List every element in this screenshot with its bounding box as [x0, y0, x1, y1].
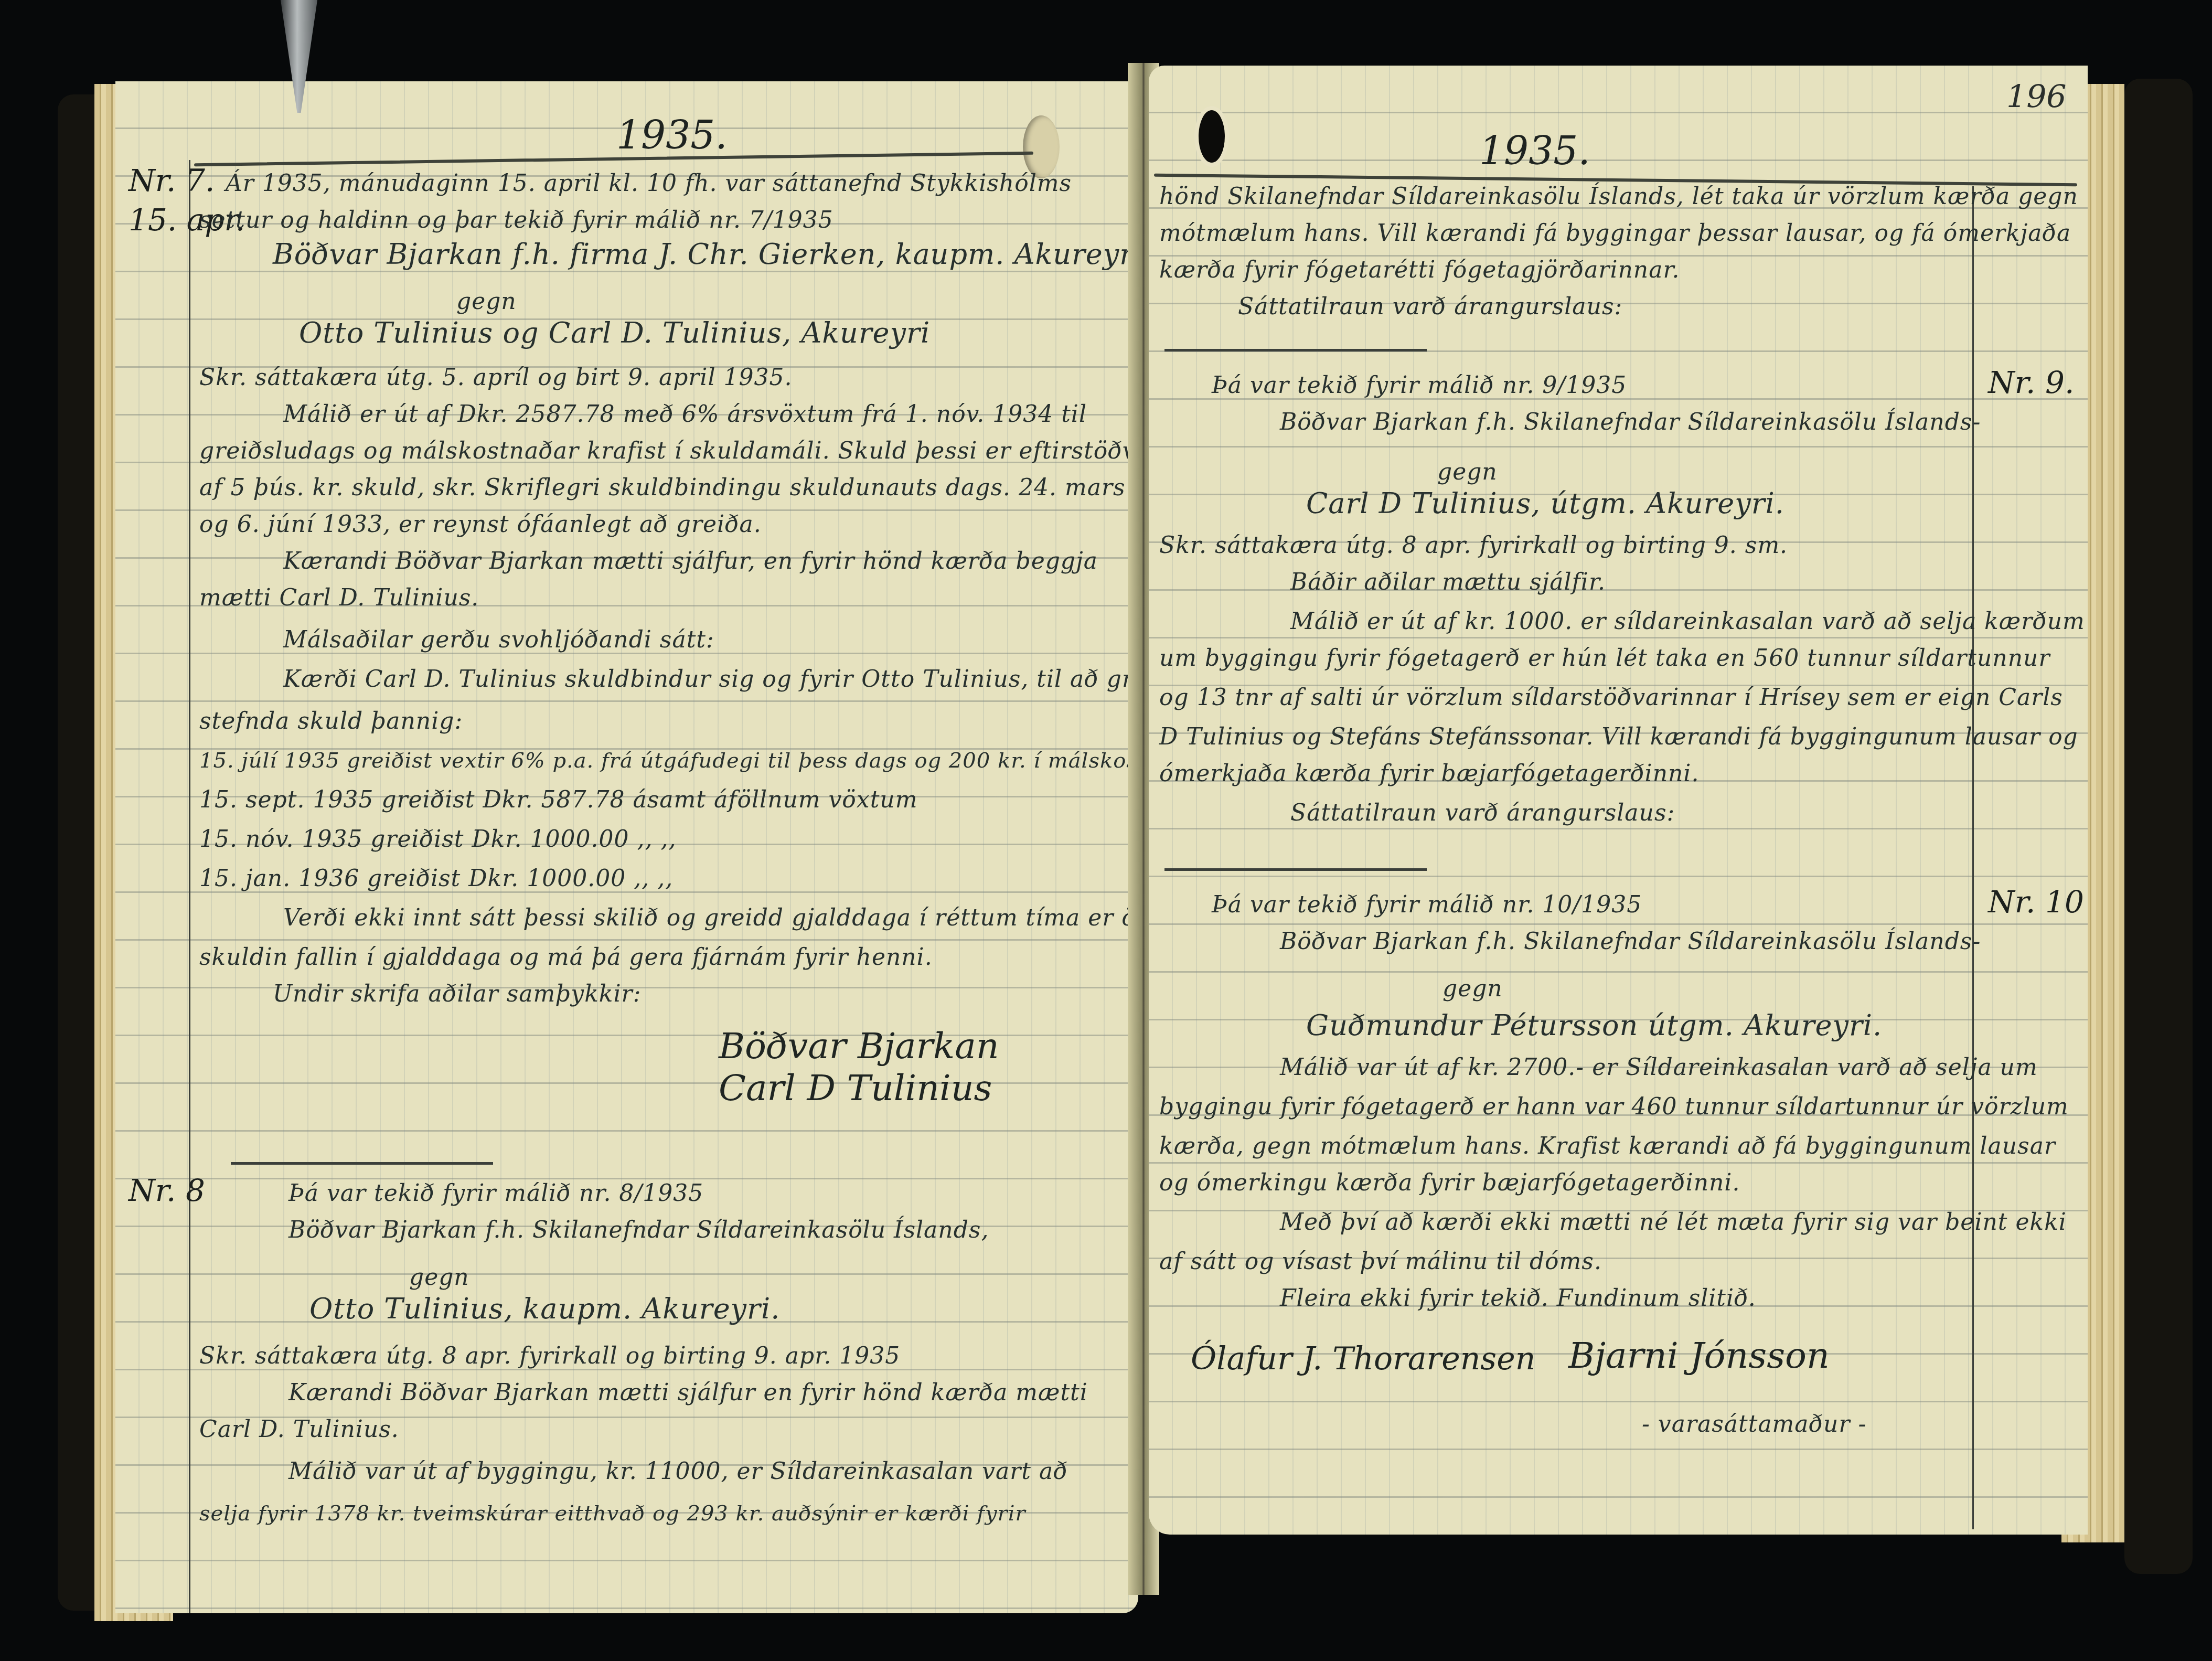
year-header-left: 1935.: [616, 113, 728, 158]
entry-8-body-3: Carl D. Tulinius.: [199, 1414, 399, 1445]
page-number: 196: [2006, 79, 2067, 115]
entry-9-body-4: um byggingu fyrir fógetagerð er hún lét …: [1159, 643, 2050, 674]
entry-7-line-1: Ár 1935, mánudaginn 15. april kl. 10 fh.…: [226, 168, 1072, 199]
binding-hole-right: [1199, 110, 1225, 163]
continuation-line-1: hönd Skilanefndar Síldareinkasölu Ísland…: [1159, 181, 2078, 212]
entry-7-body-9: Kærði Carl D. Tulinius skuldbindur sig o…: [283, 664, 1138, 695]
entry-7-payment-1: 15. júlí 1935 greiðist vextir 6% p.a. fr…: [199, 745, 1138, 776]
entry-7-body-6: Kærandi Böðvar Bjarkan mætti sjálfur, en…: [283, 546, 1098, 577]
separator-dash: [1164, 349, 1427, 352]
entry-8-body-4: Málið var út af byggingu, kr. 11000, er …: [288, 1456, 1068, 1487]
entry-10-body-7: Fleira ekki fyrir tekið. Fundinum slitið…: [1280, 1283, 1756, 1314]
entry-9-body-6: D Tulinius og Stefáns Stefánssonar. Vill…: [1159, 721, 2078, 753]
entry-7-payment-2: 15. sept. 1935 greiðist Dkr. 587.78 ásam…: [199, 784, 917, 816]
entry-8-line-1: Þá var tekið fyrir málið nr. 8/1935: [288, 1178, 703, 1209]
entry-8-defendant: Otto Tulinius, kaupm. Akureyri.: [309, 1293, 780, 1325]
margin-line-left: [189, 160, 190, 1613]
signature-bjarni-jonsson: Bjarni Jónsson: [1568, 1335, 1830, 1377]
entry-10-defendant: Guðmundur Pétursson útgm. Akureyri.: [1306, 1010, 1882, 1041]
entry-10-line-1: Þá var tekið fyrir málið nr. 10/1935: [1212, 889, 1642, 921]
entry-7-body-3: greiðsludags og málskostnaðar krafist í …: [199, 435, 1138, 467]
entry-7-payment-3: 15. nóv. 1935 greiðist Dkr. 1000.00 ,, ,…: [199, 824, 676, 855]
entry-number-8: Nr. 8: [129, 1173, 205, 1208]
entry-8-body-2: Kærandi Böðvar Bjarkan mætti sjálfur en …: [288, 1377, 1088, 1409]
entry-9-defendant: Carl D Tulinius, útgm. Akureyri.: [1306, 488, 1784, 519]
continuation-line-2: mótmælum hans. Vill kærandi fá byggingar…: [1159, 218, 2071, 249]
entry-7-body-4: af 5 þús. kr. skuld, skr. Skriflegri sku…: [199, 472, 1126, 504]
entry-10-body-4: og ómerkingu kærða fyrir bæjarfógetagerð…: [1159, 1167, 1740, 1199]
left-page: 1935. Nr. 7. 15. apr. Ár 1935, mánudagin…: [115, 81, 1138, 1613]
entry-9-body-5: og 13 tnr af salti úr vörzlum síldarstöð…: [1159, 682, 2063, 714]
entry-8-body-5: selja fyrir 1378 kr. tveimskúrar eitthva…: [199, 1498, 1026, 1529]
entry-10-line-2: Böðvar Bjarkan f.h. Skilanefndar Síldare…: [1280, 926, 1981, 957]
entry-10-body-6: af sátt og vísast því málinu til dóms.: [1159, 1246, 1602, 1277]
separator-dash: [1164, 868, 1427, 871]
entry-7-payment-4: 15. jan. 1936 greiðist Dkr. 1000.00 ,, ,…: [199, 863, 673, 895]
entry-9-line-1: Þá var tekið fyrir málið nr. 9/1935: [1212, 370, 1627, 401]
entry-9-body-8: Sáttatilraun varð árangurslaus:: [1290, 797, 1675, 829]
entry-7-body-2: Málið er út af Dkr. 2587.78 með 6% ársvö…: [283, 399, 1087, 430]
header-rule-left: [194, 152, 1033, 166]
entry-9-line-2: Böðvar Bjarkan f.h. Skilanefndar Síldare…: [1280, 407, 1981, 438]
entry-8-line-2: Böðvar Bjarkan f.h. Skilanefndar Síldare…: [288, 1215, 989, 1246]
signature-bodvar-bjarkan: Böðvar Bjarkan: [719, 1026, 999, 1067]
entry-10-gegn: gegn: [1442, 973, 1503, 1005]
signature-title: - varasáttamaður -: [1642, 1409, 1866, 1440]
entry-7-defendant: Otto Tulinius og Carl D. Tulinius, Akure…: [299, 317, 930, 349]
book-cover-right: [2124, 79, 2193, 1574]
right-page: 196 1935. hönd Skilanefndar Síldareinkas…: [1149, 66, 2088, 1535]
entry-7-closing-2: skuldin fallin í gjalddaga og má þá gera…: [199, 942, 933, 973]
continuation-line-3: kærða fyrir fógetarétti fógetagjörðarinn…: [1159, 254, 1680, 286]
entry-10-body-3: kærða, gegn mótmælum hans. Krafist kæran…: [1159, 1131, 2056, 1162]
entry-10-body-5: Með því að kærði ekki mætti né lét mæta …: [1280, 1207, 2067, 1238]
entry-8-body-1: Skr. sáttakæra útg. 8 apr. fyrirkall og …: [199, 1340, 900, 1372]
entry-8-gegn: gegn: [409, 1262, 469, 1293]
entry-7-body-8: Málsaðilar gerðu svohljóðandi sátt:: [283, 624, 714, 656]
entry-9-body-2: Báðir aðilar mættu sjálfir.: [1290, 567, 1606, 598]
entry-7-gegn: gegn: [456, 286, 517, 317]
separator-dash: [231, 1162, 493, 1165]
entry-7-body-7: mætti Carl D. Tulinius.: [199, 582, 479, 614]
entry-9-body-1: Skr. sáttakæra útg. 8 apr. fyrirkall og …: [1159, 530, 1788, 561]
entry-7-closing-1: Verði ekki innt sátt þessi skilið og gre…: [283, 902, 1138, 934]
signature-olafur-thorarensen: Ólafur J. Thorarensen: [1191, 1340, 1535, 1377]
entry-9-gegn: gegn: [1437, 456, 1498, 488]
entry-7-closing-3: Undir skrifa aðilar samþykkir:: [273, 978, 641, 1010]
entry-7-line-2: settur og haldinn og þar tekið fyrir mál…: [199, 205, 833, 236]
entry-7-body-10: stefnda skuld þannig:: [199, 706, 463, 737]
entry-9-body-3: Málið er út af kr. 1000. er síldareinkas…: [1290, 606, 2085, 637]
entry-7-body-5: og 6. júní 1933, er reynst ófáanlegt að …: [199, 509, 762, 540]
margin-line-right: [1972, 186, 1974, 1529]
entry-number-7: Nr. 7.: [129, 163, 215, 198]
continuation-line-4: Sáttatilraun varð árangurslaus:: [1238, 291, 1622, 323]
entry-7-plaintiff: Böðvar Bjarkan f.h. firma J. Chr. Gierke…: [273, 239, 1138, 270]
year-header-right: 1935.: [1479, 129, 1590, 174]
entry-10-body-1: Málið var út af kr. 2700.- er Síldareink…: [1280, 1052, 2038, 1083]
entry-number-10: Nr. 10: [1988, 884, 2084, 920]
entry-number-9: Nr. 9.: [1988, 365, 2074, 400]
entry-7-body-1: Skr. sáttakæra útg. 5. apríl og birt 9. …: [199, 362, 792, 393]
signature-carl-tulinius: Carl D Tulinius: [719, 1068, 992, 1109]
entry-10-body-2: byggingu fyrir fógetagerð er hann var 46…: [1159, 1091, 2069, 1123]
entry-9-body-7: ómerkjaða kærða fyrir bæjarfógetagerðinn…: [1159, 758, 1699, 790]
